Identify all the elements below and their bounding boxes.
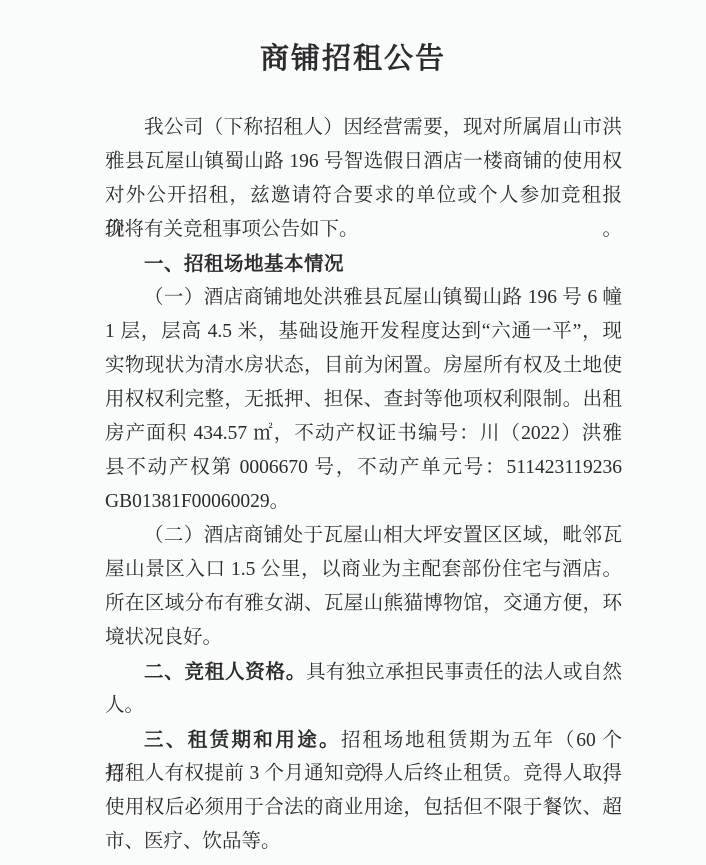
text-line: 所在区域分布有雅女湖、瓦屋山熊猫博物馆，交通方便，环 [105, 587, 622, 621]
text-line: 屋山景区入口 1.5 公里，以商业为主配套部份住宅与酒店。 [105, 553, 622, 587]
body-text: 我公司（下称招租人）因经营需要，现对所属眉山市洪 [144, 117, 622, 138]
document-page: 商铺招租公告 我公司（下称招租人）因经营需要，现对所属眉山市洪雅县瓦屋山镇蜀山路… [0, 0, 706, 865]
text-line: 三、租赁期和用途。招租场地租赁期为五年（60 个月）， [105, 723, 622, 757]
text-line: GB01381F00060029。 [105, 485, 622, 519]
body-text: 所在区域分布有雅女湖、瓦屋山熊猫博物馆，交通方便，环 [105, 593, 622, 614]
body-text: 用权权利完整，无抵押、担保、查封等他项权利限制。出租 [105, 389, 622, 410]
body-text: 房产面积 434.57 ㎡，不动产权证书编号：川（2022）洪雅 [105, 423, 622, 444]
text-line: （一）酒店商铺地处洪雅县瓦屋山镇蜀山路 196 号 6 幢 [105, 281, 622, 315]
text-line: 一、招租场地基本情况 [105, 247, 622, 281]
text-line: 境状况良好。 [105, 621, 622, 655]
body-text: 市、医疗、饮品等。 [105, 831, 281, 852]
body-text: 现将有关竞租事项公告如下。 [105, 219, 359, 240]
text-line: 县不动产权第 0006670 号，不动产单元号：511423119236 [105, 451, 622, 485]
body-text: 实物现状为清水房状态，目前为闲置。房屋所有权及土地使 [105, 355, 622, 376]
body-text: 使用权后必须用于合法的商业用途，包括但不限于餐饮、超 [105, 797, 622, 818]
section-heading-text: 三、租赁期和用途。 [144, 729, 341, 751]
text-line: 雅县瓦屋山镇蜀山路 196 号智选假日酒店一楼商铺的使用权 [105, 145, 622, 179]
text-line: 1 层，层高 4.5 米，基础设施开发程度达到“六通一平”，现 [105, 315, 622, 349]
document-body: 我公司（下称招租人）因经营需要，现对所属眉山市洪雅县瓦屋山镇蜀山路 196 号智… [105, 111, 622, 859]
text-line: 人。 [105, 689, 622, 723]
body-text: 具有独立承担民事责任的法人或自然 [306, 662, 622, 683]
body-text: 1 层，层高 4.5 米，基础设施开发程度达到“六通一平”，现 [105, 321, 622, 342]
text-line: 用权权利完整，无抵押、担保、查封等他项权利限制。出租 [105, 383, 622, 417]
body-text: 招租人有权提前 3 个月通知竞得人后终止租赁。竞得人取得 [105, 763, 622, 784]
body-text: （二）酒店商铺处于瓦屋山相大坪安置区区域，毗邻瓦 [144, 525, 622, 546]
text-line: 招租人有权提前 3 个月通知竞得人后终止租赁。竞得人取得 [105, 757, 622, 791]
body-text: （一）酒店商铺地处洪雅县瓦屋山镇蜀山路 196 号 6 幢 [144, 287, 622, 308]
body-text: 人。 [105, 695, 144, 716]
text-line: 对外公开招租，兹邀请符合要求的单位或个人参加竞租报价。 [105, 179, 622, 213]
body-text: 雅县瓦屋山镇蜀山路 196 号智选假日酒店一楼商铺的使用权 [105, 151, 622, 172]
body-text: 县不动产权第 0006670 号，不动产单元号：511423119236 [105, 457, 622, 478]
text-line: 市、医疗、饮品等。 [105, 825, 622, 859]
page-title: 商铺招租公告 [0, 36, 706, 77]
text-line: 房产面积 434.57 ㎡，不动产权证书编号：川（2022）洪雅 [105, 417, 622, 451]
text-line: 使用权后必须用于合法的商业用途，包括但不限于餐饮、超 [105, 791, 622, 825]
section-heading-text: 一、招租场地基本情况 [144, 253, 344, 275]
body-text: 境状况良好。 [105, 627, 222, 648]
text-line: （二）酒店商铺处于瓦屋山相大坪安置区区域，毗邻瓦 [105, 519, 622, 553]
text-line: 我公司（下称招租人）因经营需要，现对所属眉山市洪 [105, 111, 622, 145]
text-line: 二、竞租人资格。具有独立承担民事责任的法人或自然 [105, 655, 622, 689]
text-line: 实物现状为清水房状态，目前为闲置。房屋所有权及土地使 [105, 349, 622, 383]
body-text: 屋山景区入口 1.5 公里，以商业为主配套部份住宅与酒店。 [105, 559, 622, 580]
body-text: GB01381F00060029。 [105, 491, 289, 512]
section-heading-text: 二、竞租人资格。 [144, 661, 306, 683]
